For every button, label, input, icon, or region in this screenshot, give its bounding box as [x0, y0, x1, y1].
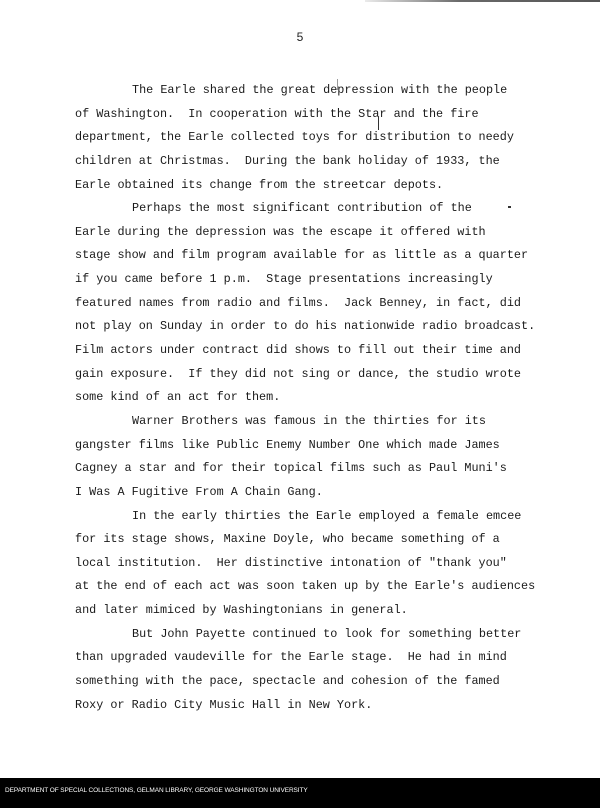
- text-line: if you came before 1 p.m. Stage presenta…: [75, 268, 575, 292]
- typewriter-mark: [378, 117, 379, 130]
- paragraph: The Earle shared the great depression wi…: [75, 79, 575, 197]
- text-line: The Earle shared the great depression wi…: [75, 79, 575, 103]
- text-line: something with the pace, spectacle and c…: [75, 670, 575, 694]
- text-line: I Was A Fugitive From A Chain Gang.: [75, 481, 575, 505]
- text-line: not play on Sunday in order to do his na…: [75, 315, 575, 339]
- text-line: But John Payette continued to look for s…: [75, 623, 575, 647]
- text-line: Earle during the depression was the esca…: [75, 221, 575, 245]
- paragraph: Warner Brothers was famous in the thirti…: [75, 410, 575, 505]
- scan-top-edge: [365, 0, 600, 2]
- paragraph: But John Payette continued to look for s…: [75, 623, 575, 718]
- text-line: local institution. Her distinctive inton…: [75, 552, 575, 576]
- text-line: Cagney a star and for their topical film…: [75, 457, 575, 481]
- text-line: for its stage shows, Maxine Doyle, who b…: [75, 528, 575, 552]
- document-body: The Earle shared the great depression wi…: [75, 79, 575, 717]
- text-line: Film actors under contract did shows to …: [75, 339, 575, 363]
- text-line: and later mimiced by Washingtonians in g…: [75, 599, 575, 623]
- text-line: children at Christmas. During the bank h…: [75, 150, 575, 174]
- paragraph: In the early thirties the Earle employed…: [75, 505, 575, 623]
- text-line: Perhaps the most significant contributio…: [75, 197, 575, 221]
- text-line: department, the Earle collected toys for…: [75, 126, 575, 150]
- text-line: Earle obtained its change from the stree…: [75, 174, 575, 198]
- text-line: Roxy or Radio City Music Hall in New Yor…: [75, 694, 575, 718]
- page-number: 5: [0, 30, 600, 44]
- text-line: featured names from radio and films. Jac…: [75, 292, 575, 316]
- text-line: some kind of an act for them.: [75, 386, 575, 410]
- footer-bar: DEPARTMENT OF SPECIAL COLLECTIONS, GELMA…: [0, 778, 600, 808]
- text-line: gangster films like Public Enemy Number …: [75, 434, 575, 458]
- text-line: stage show and film program available fo…: [75, 244, 575, 268]
- footer-credit: DEPARTMENT OF SPECIAL COLLECTIONS, GELMA…: [5, 787, 308, 794]
- text-line: In the early thirties the Earle employed…: [75, 505, 575, 529]
- text-line: Warner Brothers was famous in the thirti…: [75, 410, 575, 434]
- paragraph: Perhaps the most significant contributio…: [75, 197, 575, 410]
- text-line: at the end of each act was soon taken up…: [75, 575, 575, 599]
- typewriter-mark: [508, 206, 511, 208]
- typewriter-mark: [337, 79, 338, 90]
- text-line: than upgraded vaudeville for the Earle s…: [75, 646, 575, 670]
- text-line: of Washington. In cooperation with the S…: [75, 103, 575, 127]
- text-line: gain exposure. If they did not sing or d…: [75, 363, 575, 387]
